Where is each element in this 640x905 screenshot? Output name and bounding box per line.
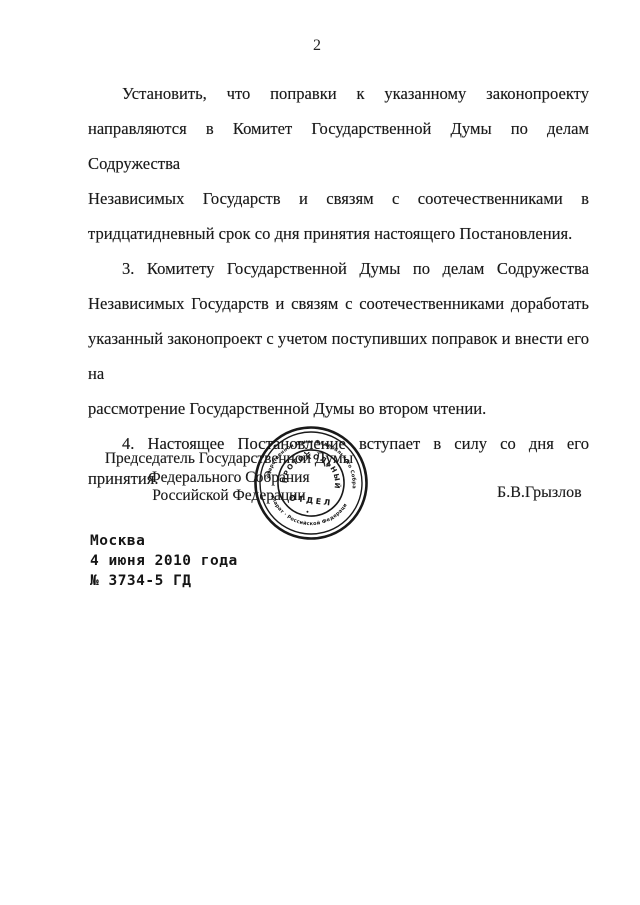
issuance-number: № 3734-5 ГД (90, 571, 238, 591)
paragraph-line: тридцатидневный срок со дня принятия нас… (88, 216, 589, 251)
document-page: 2 Установить, что поправки к указанному … (0, 0, 640, 905)
issuance-block: Москва 4 июня 2010 года № 3734-5 ГД (90, 531, 238, 591)
paragraph-line: Независимых Государств и связям с соотеч… (88, 286, 589, 321)
stamp-center-text: ОТДЕЛ (288, 493, 333, 507)
paragraph-line: 3. Комитету Государственной Думы по дела… (88, 251, 589, 286)
paragraph-line: Независимых Государств и связям с соотеч… (88, 181, 589, 216)
stamp-center-arc-text: ПРОТОКОЛЬНЫЙ (281, 449, 346, 490)
protocol-department-stamp-icon: Государственной Думы Федерального Собран… (244, 416, 378, 550)
issuance-date: 4 июня 2010 года (90, 551, 238, 571)
signature-name: Б.В.Грызлов (497, 484, 582, 502)
page-number: 2 (0, 37, 634, 55)
paragraph-line: рассмотрение Государственной Думы во вто… (88, 391, 589, 426)
paragraph-line: Установить, что поправки к указанному за… (88, 76, 589, 111)
stamp-dot (306, 511, 308, 513)
paragraph-line: указанный законопроект с учетом поступив… (88, 321, 589, 391)
paragraph-line: направляются в Комитет Государственной Д… (88, 111, 589, 181)
issuance-city: Москва (90, 531, 238, 551)
